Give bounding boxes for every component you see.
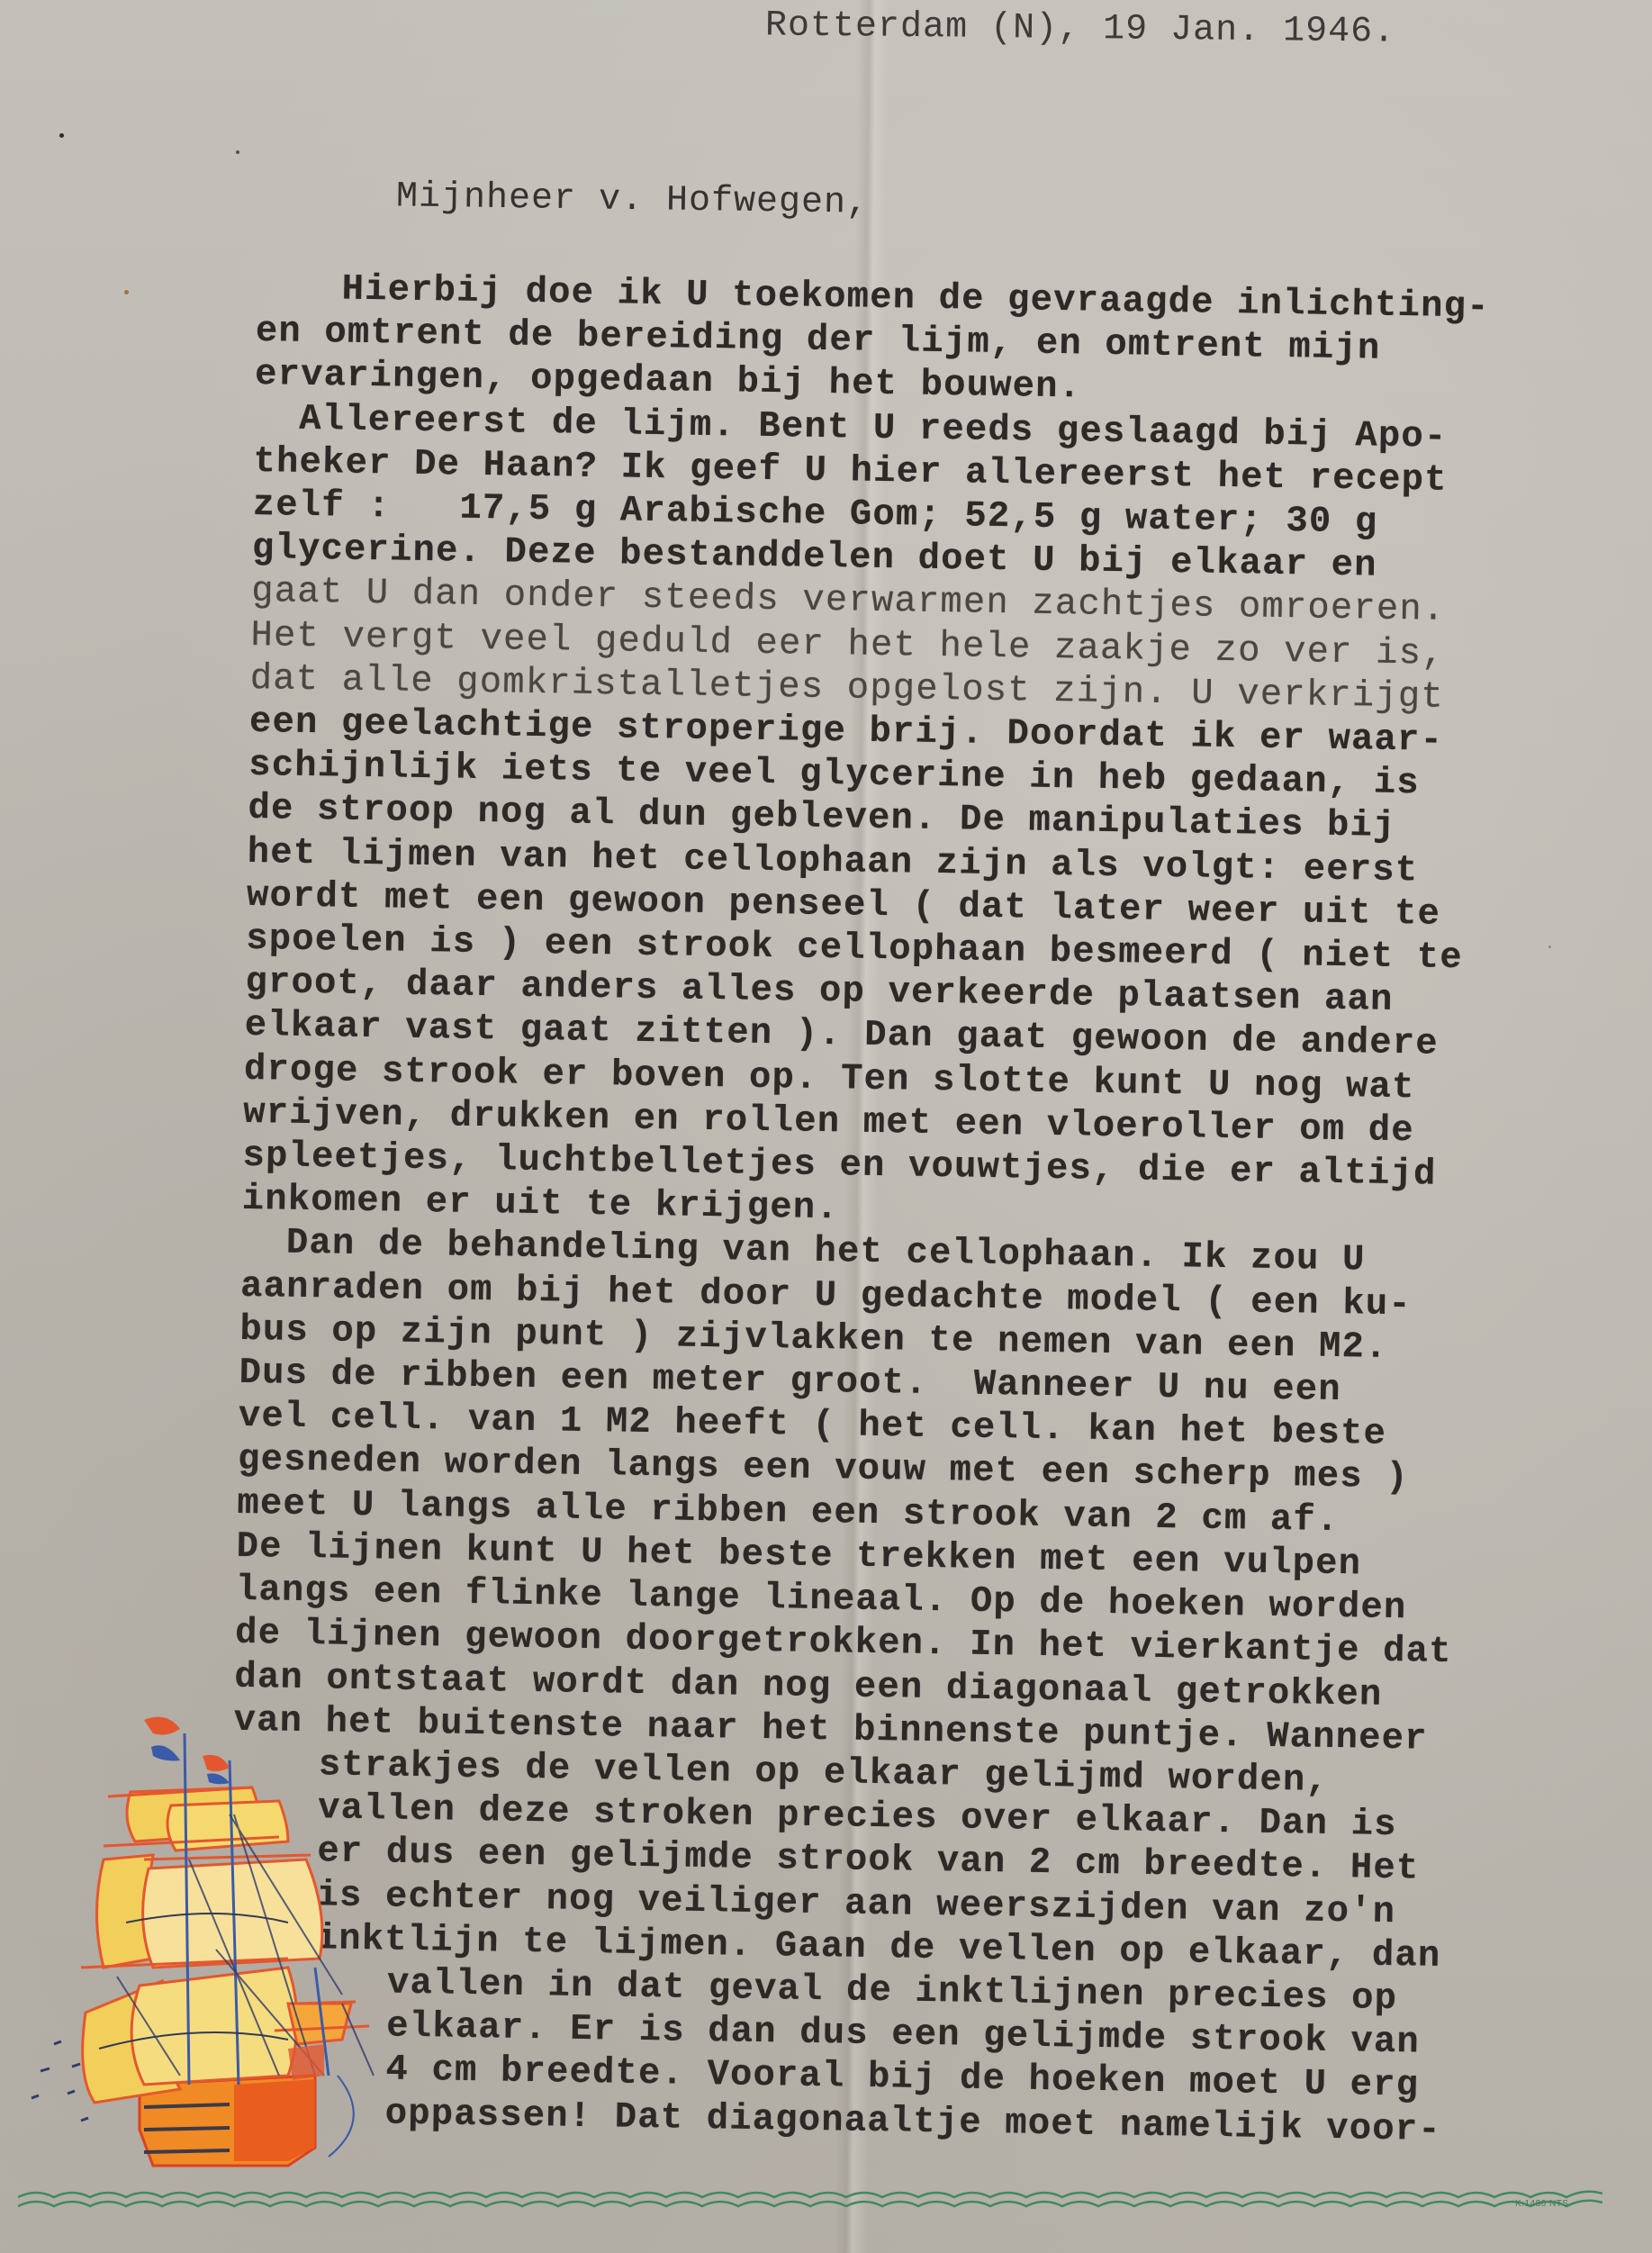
printer-mark: K.1486 NTS. [1515,2199,1572,2209]
letter-paper: Rotterdam (N), 19 Jan. 1946. Mijnheer v.… [0,0,1652,2253]
paper-speck [124,290,129,294]
letter-salutation: Mijnheer v. Hofwegen, [396,176,870,223]
paper-speck [236,150,239,154]
wave-border-decoration [18,2177,1602,2213]
sailing-ship-icon [18,1697,387,2238]
letter-dateline: Rotterdam (N), 19 Jan. 1946. [765,5,1396,52]
paper-speck [59,133,64,138]
letter-body: Hierbij doe ik U toekomen de gevraagde i… [227,267,1642,2155]
